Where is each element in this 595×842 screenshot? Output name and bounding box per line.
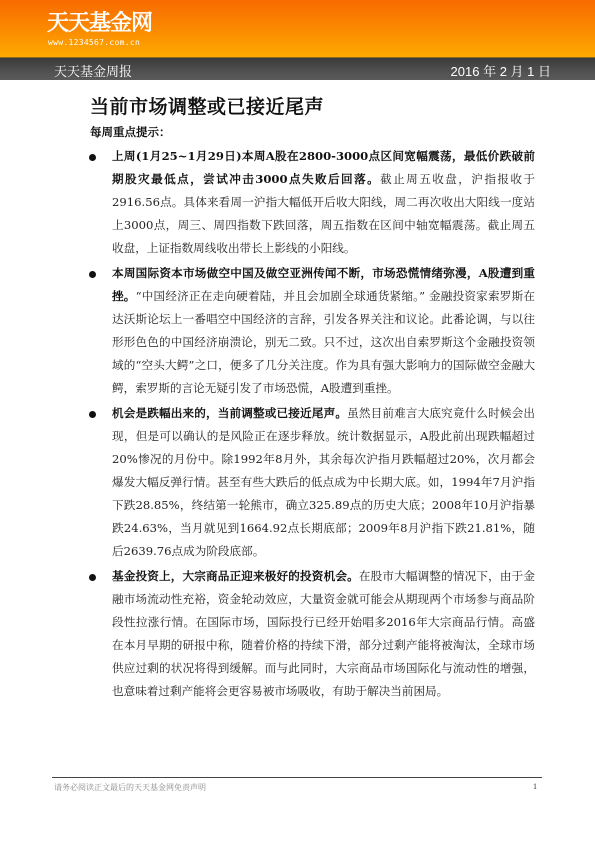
highlight-item: 本周国际资本市场做空中国及做空亚洲传闻不断，市场恐慌情绪弥漫，A股遭到重挫。“中… [90, 262, 535, 400]
site-url: www.1234567.com.cn [48, 38, 140, 47]
weekly-highlights-heading: 每周重点提示： [90, 124, 171, 140]
disclaimer-note: 请务必阅读正文最后的天天基金网免责声明 [54, 782, 206, 793]
page-number: 1 [533, 782, 537, 791]
publication-date: 2016 年 2 月 1 日 [451, 61, 551, 80]
highlight-body: 在股市大幅调整的情况下，由于金融市场流动性充裕，资金轮动效应，大量资金就可能会从… [112, 569, 535, 698]
highlight-lead: 机会是跌幅出来的，当前调整或已接近尾声。 [112, 406, 347, 420]
site-logo: 天天基金网 [47, 10, 152, 36]
footer-divider [52, 777, 542, 778]
highlight-lead: 基金投资上，大宗商品正迎来极好的投资机会。 [112, 569, 359, 583]
bullet-icon [89, 411, 96, 418]
publication-bar: 天天基金周报 2016 年 2 月 1 日 [0, 57, 595, 80]
highlight-item: 基金投资上，大宗商品正迎来极好的投资机会。在股市大幅调整的情况下，由于金融市场流… [90, 565, 535, 703]
bullet-icon [89, 154, 96, 161]
publication-title: 天天基金周报 [54, 61, 132, 80]
article-title: 当前市场调整或已接近尾声 [90, 92, 324, 119]
highlight-body: “中国经济正在走向硬着陆，并且会加剧全球通货紧缩。” 金融投资家索罗斯在达沃斯论… [112, 289, 535, 395]
highlights-list: 上周(1月25~1月29日)本周A股在2800-3000点区间宽幅震荡，最低价跌… [90, 145, 535, 705]
highlight-item: 机会是跌幅出来的，当前调整或已接近尾声。虽然目前难言大底究竟什么时候会出现，但是… [90, 402, 535, 563]
highlight-item: 上周(1月25~1月29日)本周A股在2800-3000点区间宽幅震荡，最低价跌… [90, 145, 535, 260]
highlight-body: 虽然目前难言大底究竟什么时候会出现，但是可以确认的是风险正在逐步释放。统计数据显… [112, 406, 535, 558]
bullet-icon [89, 271, 96, 278]
bullet-icon [89, 574, 96, 581]
header-banner: 天天基金网 www.1234567.com.cn [0, 0, 595, 57]
